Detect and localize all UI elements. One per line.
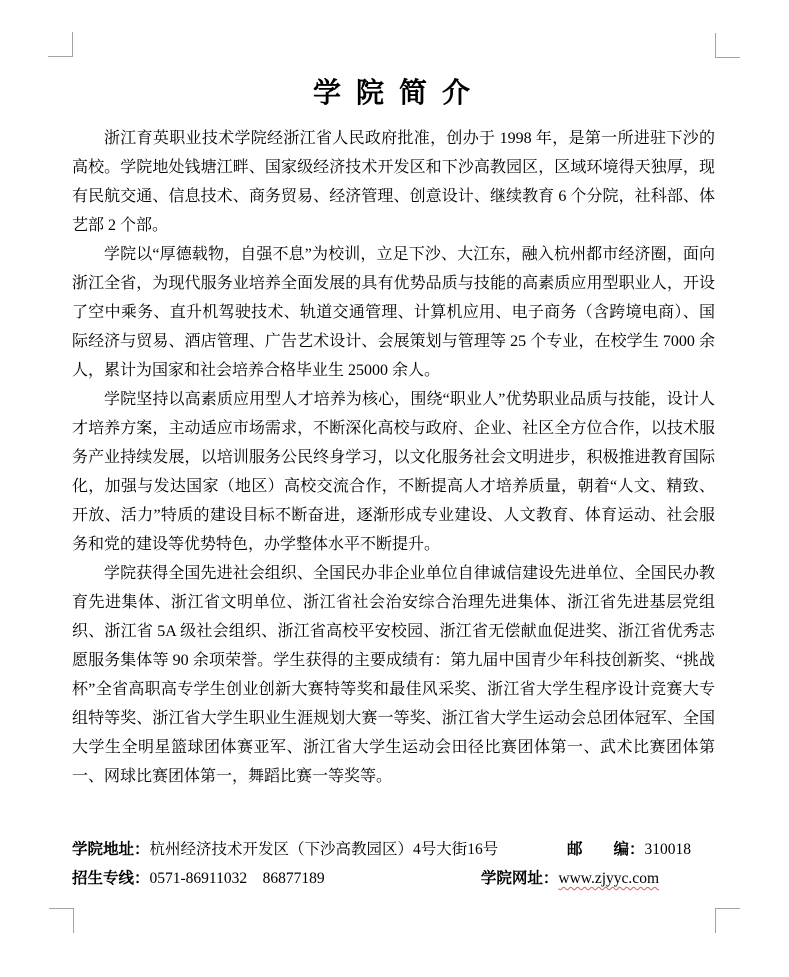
crop-mark-top-left (48, 32, 73, 57)
page-title: 学 院 简 介 (72, 76, 715, 112)
phone-item: 招生专线：0571-86911032 86877189 (72, 864, 325, 893)
address-item: 学院地址：杭州经济技术开发区（下沙高教园区）4号大街16号 (72, 835, 498, 864)
website-item: 学院网址：www.zjyyc.com (481, 864, 659, 893)
website-label: 学院网址： (481, 870, 559, 887)
document-content: 学 院 简 介 浙江育英职业技术学院经浙江省人民政府批准，创办于 1998 年，… (72, 56, 715, 893)
postcode-value: 310018 (645, 841, 692, 858)
address-label: 学院地址： (72, 841, 150, 858)
contact-row-address: 学院地址：杭州经济技术开发区（下沙高教园区）4号大街16号 邮 编：310018 (72, 835, 715, 864)
paragraph-motto-majors: 学院以“厚德载物，自强不息”为校训，立足下沙、大江东，融入杭州都市经济圈，面向浙… (72, 240, 715, 385)
contact-info: 学院地址：杭州经济技术开发区（下沙高教园区）4号大街16号 邮 编：310018… (72, 835, 715, 893)
document-page: 学 院 简 介 浙江育英职业技术学院经浙江省人民政府批准，创办于 1998 年，… (0, 0, 789, 977)
paragraph-intro: 浙江育英职业技术学院经浙江省人民政府批准，创办于 1998 年，是第一所进驻下沙… (72, 124, 715, 240)
phone-value: 0571-86911032 86877189 (150, 870, 325, 887)
paragraph-honors: 学院获得全国先进社会组织、全国民办非企业单位自律诚信建设先进单位、全国民办教育先… (72, 559, 715, 791)
website-value: www.zjyyc.com (558, 870, 659, 887)
crop-mark-top-right (715, 33, 740, 58)
paragraph-training-philosophy: 学院坚持以高素质应用型人才培养为核心，围绕“职业人”优势职业品质与技能，设计人才… (72, 385, 715, 559)
crop-mark-bottom-left (49, 908, 74, 933)
postcode-item: 邮 编：310018 (567, 835, 691, 864)
phone-label: 招生专线： (72, 870, 150, 887)
crop-mark-bottom-right (715, 908, 740, 933)
contact-row-phone-web: 招生专线：0571-86911032 86877189 学院网址：www.zjy… (72, 864, 715, 893)
postcode-label: 邮 编： (567, 841, 645, 858)
address-value: 杭州经济技术开发区（下沙高教园区）4号大街16号 (150, 841, 499, 858)
